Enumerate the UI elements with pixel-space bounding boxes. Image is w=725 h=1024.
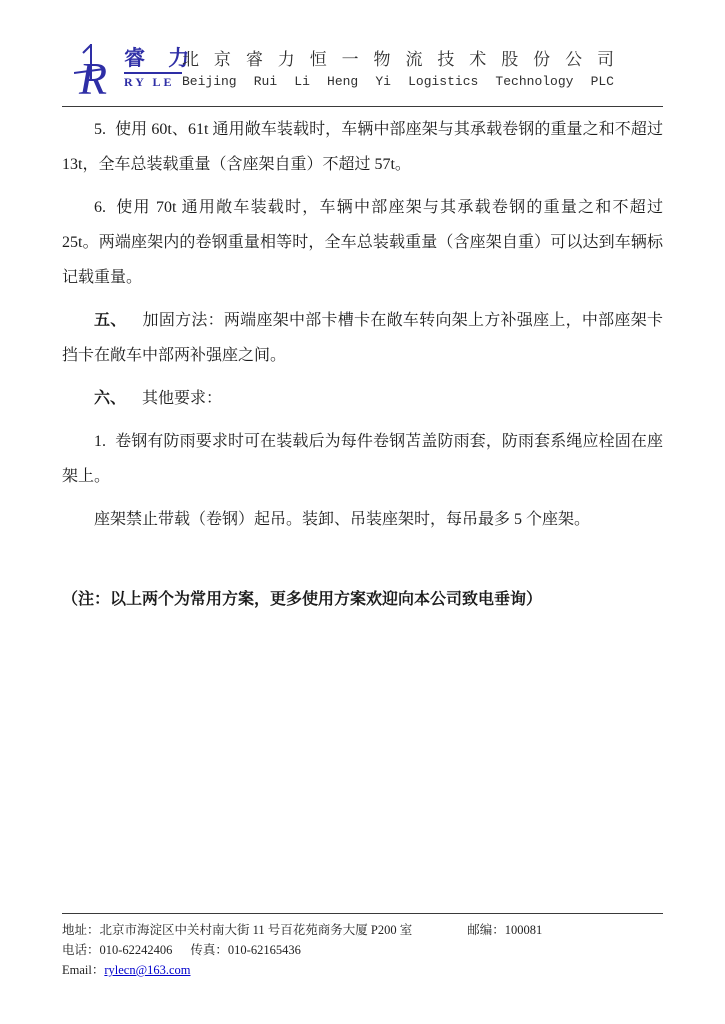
document-page: R 睿 力 RY LE 北 京 睿 力 恒 一 物 流 技 术 股 份 公 司 …: [0, 0, 725, 1024]
logo-r-icon: R: [74, 42, 126, 104]
footer-phone-row: 电话：010-62242406传真：010-62165436: [62, 940, 663, 960]
section-number: 五、: [94, 312, 127, 329]
logo-text: 睿 力 RY LE: [124, 46, 186, 90]
section-5-reinforcement: 五、加固方法：两端座架中部卡槽卡在敞车转向架上方补强座上，中部座架卡挡卡在敞车中…: [62, 303, 663, 373]
logo-divider: [124, 72, 182, 74]
address-text: 地址：北京市海淀区中关村南大街 11 号百花苑商务大厦 P200 室: [62, 923, 412, 937]
item-number: 5.: [94, 121, 106, 138]
note-line: （注：以上两个为常用方案，更多使用方案欢迎向本公司致电垂询）: [62, 582, 663, 617]
section-text: 其他要求：: [142, 390, 222, 407]
company-name-cn: 北 京 睿 力 恒 一 物 流 技 术 股 份 公 司: [182, 48, 614, 72]
header-rule: [62, 106, 663, 107]
email-link[interactable]: rylecn@163.com: [104, 963, 190, 977]
company-name-en: Beijing Rui Li Heng Yi Logistics Technol…: [182, 72, 614, 91]
item-text: 卷钢有防雨要求时可在装载后为每件卷钢苫盖防雨套，防雨套系绳应栓固在座架上。: [62, 433, 663, 485]
fax-text: 传真：010-62165436: [190, 943, 300, 957]
list-item-5: 5.使用 60t、61t 通用敞车装载时，车辆中部座架与其承载卷钢的重量之和不超…: [62, 112, 663, 182]
svg-text:R: R: [78, 53, 107, 104]
item-number: 1.: [94, 433, 106, 450]
paragraph-lifting-rule: 座架禁止带载（卷钢）起吊。装卸、吊装座架时，每吊最多 5 个座架。: [62, 502, 663, 537]
item-text: 使用 70t 通用敞车装载时，车辆中部座架与其承载卷钢的重量之和不超过 25t。…: [62, 199, 663, 286]
section-text: 加固方法：两端座架中部卡槽卡在敞车转向架上方补强座上，中部座架卡挡卡在敞车中部两…: [62, 312, 663, 364]
footer-address-row: 地址：北京市海淀区中关村南大街 11 号百花苑商务大厦 P200 室邮编：100…: [62, 920, 663, 940]
document-body: 5.使用 60t、61t 通用敞车装载时，车辆中部座架与其承载卷钢的重量之和不超…: [62, 112, 663, 625]
logo-text-en: RY LE: [124, 75, 186, 90]
company-name-block: 北 京 睿 力 恒 一 物 流 技 术 股 份 公 司 Beijing Rui …: [182, 48, 614, 91]
section-6-other-requirements: 六、其他要求：: [62, 381, 663, 416]
item-text: 使用 60t、61t 通用敞车装载时，车辆中部座架与其承载卷钢的重量之和不超过 …: [62, 121, 663, 173]
phone-text: 电话：010-62242406: [62, 943, 172, 957]
footer: 地址：北京市海淀区中关村南大街 11 号百花苑商务大厦 P200 室邮编：100…: [62, 913, 663, 980]
postcode-text: 邮编：100081: [467, 923, 542, 937]
letterhead: R 睿 力 RY LE 北 京 睿 力 恒 一 物 流 技 术 股 份 公 司 …: [62, 40, 663, 106]
list-item-6: 6.使用 70t 通用敞车装载时，车辆中部座架与其承载卷钢的重量之和不超过 25…: [62, 190, 663, 295]
section-number: 六、: [94, 390, 126, 407]
logo-text-cn: 睿 力: [124, 46, 186, 70]
email-label: Email：: [62, 963, 104, 977]
list-item-1: 1.卷钢有防雨要求时可在装载后为每件卷钢苫盖防雨套，防雨套系绳应栓固在座架上。: [62, 424, 663, 494]
footer-email-row: Email：rylecn@163.com: [62, 960, 663, 980]
item-number: 6.: [94, 199, 106, 216]
company-logo: R 睿 力 RY LE: [74, 42, 178, 104]
